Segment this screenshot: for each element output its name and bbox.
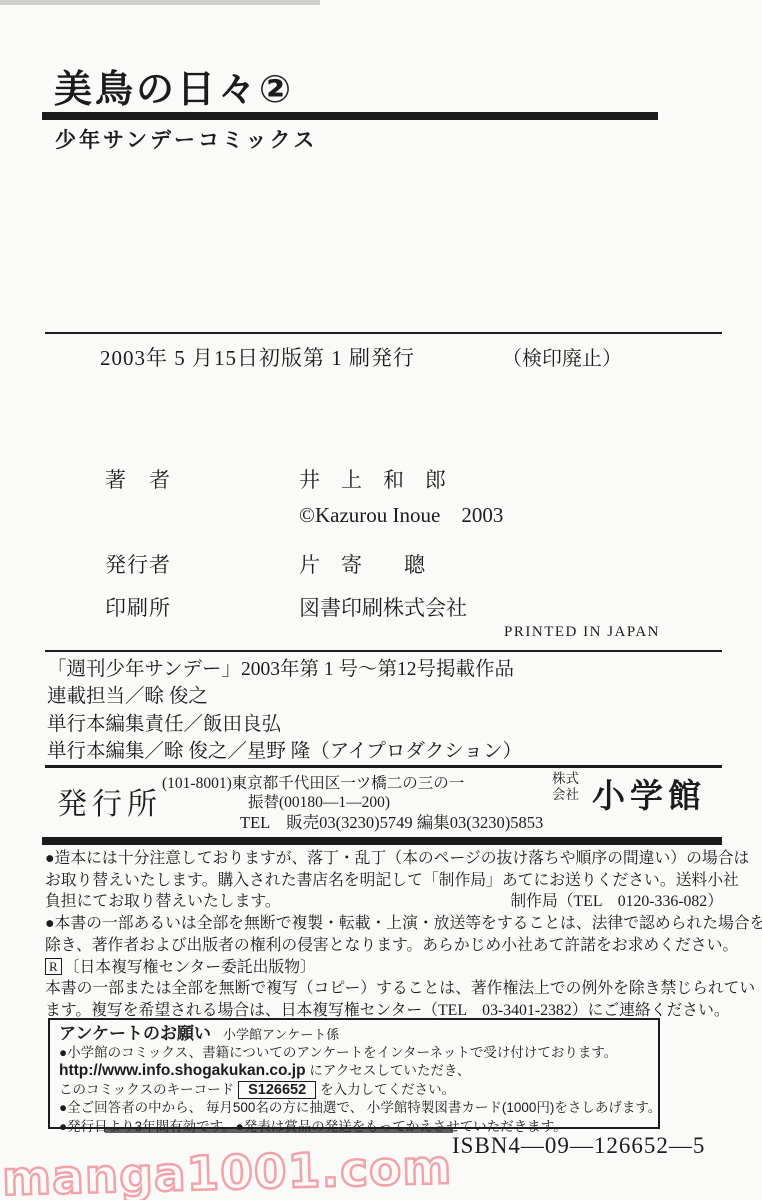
publisher-tel: TEL 販売03(3230)5749 編集03(3230)5853 (240, 809, 543, 833)
scan-artifact-top (0, 0, 320, 5)
production-dept-tel: 制作局（TEL 0120-336-082） (510, 891, 723, 913)
survey-line-prize: ●全ご回答者の中から、 毎月500名の方に抽選で、 小学館特製図書カード(100… (59, 1099, 649, 1117)
tankobon-chief-editor: 単行本編集責任／飯田良弘 (47, 711, 522, 738)
scan-artifact-smear (105, 1129, 453, 1133)
printer-name: 図書印刷株式会社 (299, 592, 467, 622)
legal-notices: ●造本には十分注意しておりますが、落丁・乱丁（本のページの抜け落ちや順序の間違い… (45, 848, 723, 1022)
survey-url-suffix: にアクセスしていただき、 (309, 1063, 470, 1078)
survey-title: アンケートのお願い (59, 1024, 211, 1043)
kk-line2: 会社 (552, 787, 579, 803)
publishing-house-label: 発行所 (57, 779, 162, 823)
rights-center-label: 〔日本複写権センター委託出版物〕 (64, 959, 316, 976)
survey-url: http://www.info.shogakukan.co.jp (59, 1062, 306, 1079)
registered-rights-mark: R (45, 958, 62, 975)
survey-line-keycode: このコミックスのキーコードS126652を入力してください。 (59, 1081, 649, 1099)
survey-department: 小学館アンケート係 (223, 1027, 339, 1042)
inspection-note: （検印廃止） (502, 342, 622, 371)
survey-request-box: アンケートのお願い小学館アンケート係 ●小学館のコミックス、書籍についてのアンケ… (48, 1018, 660, 1129)
notices-rule (42, 837, 722, 845)
keycode-suffix: を入力してください。 (320, 1082, 455, 1097)
tankobon-editors: 単行本編集／畭 俊之／星野 隆（アイプロダクション） (47, 738, 522, 765)
keycode-value: S126652 (238, 1081, 316, 1099)
serialization-editor: 連載担当／畭 俊之 (47, 683, 522, 710)
author-name: 井 上 和 郎 (299, 464, 446, 494)
reproduction-rights-line: R〔日本複写権センター委託出版物〕 (45, 957, 723, 979)
defect-notice-line2: お取り替えいたします。購入された書店名を明記して「制作局」あてにお送りください。… (45, 870, 723, 892)
defect-notice-line3-left: 負担にてお取り替えいたします。 (45, 891, 281, 913)
photocopy-notice-line1: 本書の一部または全部を無断で複写（コピー）することは、著作権法上での例外を除き禁… (45, 978, 723, 1000)
survey-line-url: http://www.info.shogakukan.co.jp にアクセスして… (59, 1062, 649, 1080)
series-label: 少年サンデーコミックス (55, 124, 317, 154)
printed-in-japan: PRINTED IN JAPAN (500, 624, 660, 641)
colophon-page: 美鳥の日々② 少年サンデーコミックス 2003年 5 月15日初版第 1 刷発行… (0, 0, 762, 1200)
book-title: 美鳥の日々② (54, 58, 294, 113)
survey-line-intro: ●小学館のコミックス、書籍についてのアンケートをインターネットで受け付けておりま… (59, 1044, 649, 1062)
publisher-label: 発行者 (105, 549, 171, 579)
copyright-notice-line2: 除き、著作者および出版者の権利の侵害となります。あらかじめ小社あて許諾をお求めく… (45, 935, 723, 957)
author-label: 著 者 (105, 464, 171, 494)
publisher-name: 片 寄 聰 (299, 549, 425, 579)
printer-label: 印刷所 (105, 592, 171, 622)
edition-rule (45, 332, 722, 334)
serialization-block: 「週刊少年サンデー」2003年第 1 号〜第12号掲載作品 連載担当／畭 俊之 … (47, 656, 522, 766)
site-watermark: manga1001.com (1, 1140, 453, 1200)
keycode-prefix: このコミックスのキーコード (59, 1082, 234, 1097)
isbn-number: ISBN4—09—126652—5 (452, 1133, 705, 1159)
defect-notice-line1: ●造本には十分注意しておりますが、落丁・乱丁（本のページの抜け落ちや順序の間違い… (45, 848, 723, 870)
copyright-notice-line1: ●本書の一部あるいは全部を無断で複製・転載・上演・放送等をすることは、法律で認め… (45, 913, 723, 935)
publisher-rule (45, 765, 722, 768)
serialization-source: 「週刊少年サンデー」2003年第 1 号〜第12号掲載作品 (47, 656, 522, 683)
defect-notice-line3: 負担にてお取り替えいたします。 制作局（TEL 0120-336-082） (45, 891, 723, 913)
title-rule (42, 112, 658, 120)
kk-line1: 株式 (552, 771, 579, 787)
edition-line: 2003年 5 月15日初版第 1 刷発行 (100, 342, 415, 372)
serialization-rule (45, 650, 722, 652)
copyright-line: ©Kazurou Inoue 2003 (299, 499, 503, 529)
kabushiki-kaisha: 株式 会社 (552, 771, 579, 803)
survey-header: アンケートのお願い小学館アンケート係 (59, 1024, 649, 1044)
publisher-company-name: 小学館 (592, 770, 706, 817)
